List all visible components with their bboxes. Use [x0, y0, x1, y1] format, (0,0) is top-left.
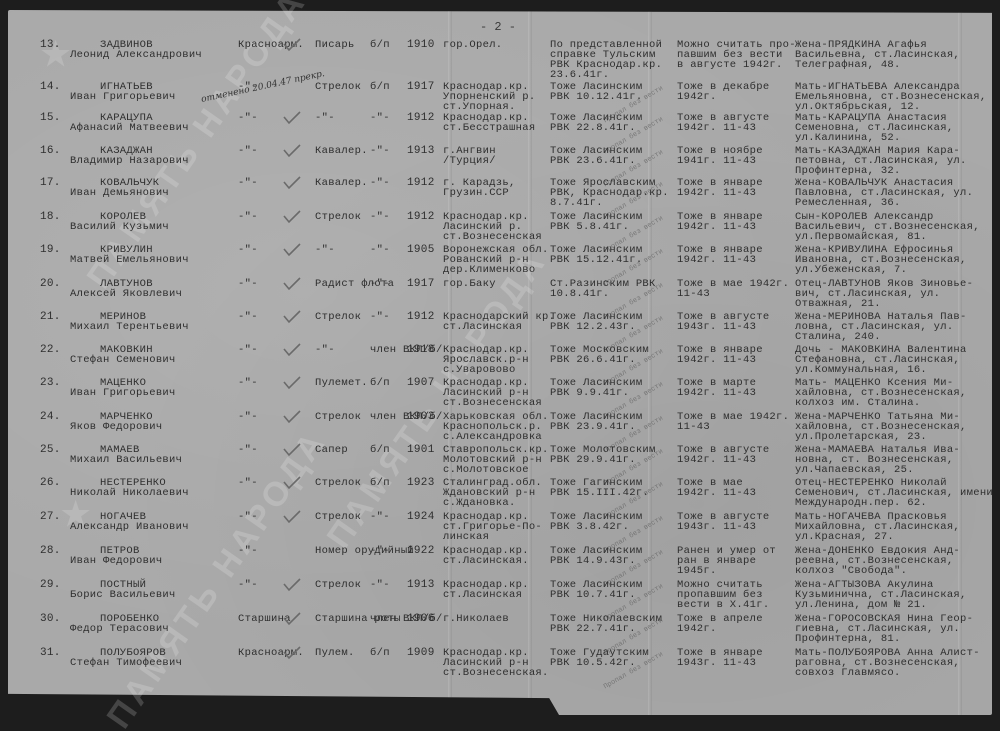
kin-line: колхоз "Свобода". [795, 566, 960, 576]
next-of-kin: Жена-АГТЫЗОВА АкулинаКузьминична, ст.Лас… [795, 580, 967, 610]
kin-line: Сталина, 240. [795, 332, 967, 342]
service-type: -"- [238, 245, 258, 255]
party-membership: -"- [370, 146, 390, 156]
born-line: линская [443, 532, 542, 542]
kin-line: совхоз Главмясо. [795, 668, 980, 678]
rvk-line: 8.7.41г. [550, 198, 669, 208]
kin-line: колхоз им. Сталина. [795, 398, 967, 408]
page-number: - 2 - [480, 20, 516, 34]
first-patronymic: Яков Федорович [70, 422, 162, 432]
birth-year: 1917 [407, 82, 435, 92]
kin-line: Ремесленная, 36. [795, 198, 973, 208]
born-line: гор.Баку [443, 279, 496, 289]
draft-office: Тоже ЛасинскимРВК 14.9.43г. [550, 546, 642, 566]
party-membership: -"- [370, 113, 390, 123]
fate-line: 1943г. 11-43 [677, 658, 763, 668]
fate-status: Можно считатьпропавшим безвести в X.41г. [677, 580, 769, 610]
checkmark-icon [283, 612, 301, 626]
birth-year: 1906 [407, 614, 435, 624]
kin-line: ул.Красная, 27. [795, 532, 960, 542]
first-patronymic: Стефан Тимофеевич [70, 658, 182, 668]
kin-line: Международн.пер. 62. [795, 498, 993, 508]
birth-year: 1907 [407, 378, 435, 388]
fate-status: Можно считать про-павшим без вестив авгу… [677, 40, 796, 70]
party-membership: б/п [370, 445, 390, 455]
party-membership: -"- [370, 512, 390, 522]
party-membership: -"- [370, 212, 390, 222]
birthplace: г. Карадзь,Грузин.ССР [443, 178, 516, 198]
fate-status: Тоже в декабре1942г. [677, 82, 769, 102]
draft-office: Тоже ЛасинскимРВК 9.9.41г. [550, 378, 642, 398]
fate-status: Тоже в ноябре1941г. 11-43 [677, 146, 763, 166]
born-line: гор.Орел. [443, 40, 502, 50]
row-number: 25. [40, 445, 61, 455]
first-patronymic: Александр Иванович [70, 522, 189, 532]
row-number: 29. [40, 580, 61, 590]
fate-line: 1943г. 11-43 [677, 522, 769, 532]
fate-line: 1945г. [677, 566, 776, 576]
service-type: -"- [238, 113, 258, 123]
rank: -"- [315, 113, 335, 123]
birth-year: 1909 [407, 648, 435, 658]
fate-line: 1942г. [677, 92, 769, 102]
next-of-kin: Жена-КРИВУЛИНА ЕфросиньяИвановна, ст.Воз… [795, 245, 967, 275]
rvk-line: РВК 23.6.41г. [550, 156, 642, 166]
row-number: 24. [40, 412, 61, 422]
checkmark-icon [283, 410, 301, 424]
row-number: 30. [40, 614, 61, 624]
checkmark-icon [283, 111, 301, 125]
row-number: 17. [40, 178, 61, 188]
fate-line: вести в X.41г. [677, 600, 769, 610]
kin-line: ул.Первомайская, 81. [795, 232, 980, 242]
party-membership: -"- [370, 279, 390, 289]
service-type: -"- [238, 445, 258, 455]
birth-year: 1905 [407, 245, 435, 255]
born-line: Грузин.ССР [443, 188, 516, 198]
birthplace: Краснодар.кр.ст.Ласинская. [443, 546, 529, 566]
first-patronymic: Матвей Емельянович [70, 255, 189, 265]
service-type: -"- [238, 312, 258, 322]
next-of-kin: Мать-ИГНАТЬЕВА АлександраЕмельяновна, ст… [795, 82, 986, 112]
birthplace: гор.Баку [443, 279, 496, 289]
draft-office: Тоже ЛасинскимРВК 10.7.41г. [550, 580, 642, 600]
born-line: ст.Вознесенская [443, 232, 542, 242]
kin-line: Профинтерна, 32. [795, 166, 967, 176]
first-patronymic: Афанасий Матвеевич [70, 123, 189, 133]
next-of-kin: Жена-МАРЧЕНКО Татьяна Ми-хайловна, ст.Во… [795, 412, 967, 442]
rank: Кавалер. [315, 178, 368, 188]
rvk-line: РВК 10.12.41г. [550, 92, 642, 102]
draft-office: Тоже ЛасинскимРВК 3.8.42г. [550, 512, 642, 532]
kin-line: ул.Октябрьская, 12. [795, 102, 986, 112]
birthplace: Краснодар.кр.Ласинский р.ст.Вознесенская [443, 212, 542, 242]
birth-year: 1918 [407, 345, 435, 355]
rvk-line: 23.6.41г. [550, 70, 662, 80]
row-number: 18. [40, 212, 61, 222]
checkmark-icon [283, 510, 301, 524]
service-type: -"- [238, 580, 258, 590]
next-of-kin: Отец-НЕСТЕРЕНКО НиколайСеменович, ст.Лас… [795, 478, 993, 508]
kin-line: ул.Убеженская, 7. [795, 265, 967, 275]
next-of-kin: Мать-КАРАЦУПА АнастасияСеменовна, ст.Лас… [795, 113, 953, 143]
birth-year: 1923 [407, 478, 435, 488]
checkmark-icon [283, 578, 301, 592]
birthplace: Ставропольск.кр.Молотовский р-нс.Молотов… [443, 445, 549, 475]
fate-status: Тоже в январе1942г. 11-43 [677, 245, 763, 265]
fate-status: Тоже в апреле1942г. [677, 614, 763, 634]
row-number: 26. [40, 478, 61, 488]
birthplace: Краснодар.кр.Упорненский р.ст.Упорная. [443, 82, 535, 112]
birthplace: гор.Орел. [443, 40, 502, 50]
fate-line: 1942г. 11-43 [677, 388, 756, 398]
rvk-line: РВК 3.8.42г. [550, 522, 642, 532]
party-membership: -"- [370, 245, 390, 255]
fate-line: 1942г. 11-43 [677, 455, 769, 465]
row-number: 20. [40, 279, 61, 289]
fate-line: 1942г. 11-43 [677, 222, 763, 232]
fate-line: 1941г. 11-43 [677, 156, 763, 166]
party-membership: б/п [370, 378, 390, 388]
row-number: 28. [40, 546, 61, 556]
birth-year: 1913 [407, 580, 435, 590]
party-membership: -"- [370, 178, 390, 188]
rank: Сапер [315, 445, 348, 455]
kin-line: Профинтерна, 81. [795, 634, 973, 644]
rank: Номер орудийный [315, 546, 414, 556]
fate-line: 1943г. 11-43 [677, 322, 769, 332]
checkmark-icon [283, 38, 301, 52]
fate-line: 1942г. 11-43 [677, 488, 756, 498]
fate-status: Тоже в августе1942г. 11-43 [677, 113, 769, 133]
fate-line: 1942г. 11-43 [677, 255, 763, 265]
birthplace: Харьковская обл.Краснопольск.р.с.Алексан… [443, 412, 549, 442]
rvk-line: РВК 14.9.43г. [550, 556, 642, 566]
birth-year: 1912 [407, 113, 435, 123]
party-membership: -"- [370, 546, 390, 556]
kin-line: ул.Чапаевская, 25. [795, 465, 960, 475]
born-line: с.Александровка [443, 432, 549, 442]
kin-line: Телеграфная, 48. [795, 60, 960, 70]
born-line: ст.Ласинская [443, 590, 529, 600]
rank: Стрелок [315, 312, 361, 322]
draft-office: Тоже ЛасинскимРВК 15.12.41г. [550, 245, 642, 265]
row-number: 19. [40, 245, 61, 255]
first-patronymic: Иван Григорьевич [70, 92, 176, 102]
fate-status: Ранен и умер отран в январе1945г. [677, 546, 776, 576]
next-of-kin: Мать- МАЦЕНКО Ксения Ми-хайловна, ст.Воз… [795, 378, 967, 408]
draft-office: Тоже ЛасинскимРВК 22.8.41г. [550, 113, 642, 133]
row-number: 15. [40, 113, 61, 123]
first-patronymic: Иван Федорович [70, 556, 162, 566]
fate-status: Тоже в августе1942г. 11-43 [677, 445, 769, 465]
row-number: 22. [40, 345, 61, 355]
rvk-line: РВК 5.8.41г. [550, 222, 642, 232]
draft-office: Тоже ЛасинскимРВК 23.9.41г. [550, 412, 642, 432]
born-line: ст.Ласинская. [443, 556, 529, 566]
service-type: -"- [238, 378, 258, 388]
fate-status: Тоже в августе1943г. 11-43 [677, 312, 769, 332]
draft-office: Тоже ЛасинскимРВК 5.8.41г. [550, 212, 642, 232]
fate-line: 11-43 [677, 289, 789, 299]
service-type: -"- [238, 478, 258, 488]
birth-year: 1903 [407, 412, 435, 422]
next-of-kin: Жена-ГОРОСОВСКАЯ Нина Геор-гиевна, ст.Ла… [795, 614, 973, 644]
fate-status: Тоже в августе1943г. 11-43 [677, 512, 769, 532]
birth-year: 1901 [407, 445, 435, 455]
party-membership: б/п [370, 648, 390, 658]
service-type: -"- [238, 212, 258, 222]
first-patronymic: Михаил Терентьевич [70, 322, 189, 332]
fate-status: Тоже в марте1942г. 11-43 [677, 378, 756, 398]
first-patronymic: Леонид Александрович [70, 50, 202, 60]
birthplace: г.Ангвин/Турция/ [443, 146, 496, 166]
first-patronymic: Владимир Назарович [70, 156, 189, 166]
service-type: -"- [238, 512, 258, 522]
rank: -"- [315, 345, 335, 355]
next-of-kin: Жена-МАМАЕВА Наталья Ива-новна, ст. Возн… [795, 445, 960, 475]
next-of-kin: Мать-НОГАЧЕВА ПрасковьяМихайловна, ст.Ла… [795, 512, 960, 542]
fate-line: 1942г. 11-43 [677, 355, 763, 365]
rvk-line: РВК 23.9.41г. [550, 422, 642, 432]
birth-year: 1912 [407, 312, 435, 322]
row-number: 31. [40, 648, 61, 658]
watermark-star-icon: ★ [40, 20, 71, 83]
checkmark-icon [283, 243, 301, 257]
next-of-kin: Отец-ЛАВТУНОВ Яков Зиновье-вич, ст.Ласин… [795, 279, 973, 309]
next-of-kin: Дочь - МАКОВКИНА ВалентинаСтефановна, ст… [795, 345, 967, 375]
born-line: ст.Упорная. [443, 102, 535, 112]
birthplace: Краснодар.кр.ст.Бесстрашная [443, 113, 535, 133]
birthplace: Краснодар.кр.Ярославск.р-нс.Уваровово [443, 345, 529, 375]
checkmark-icon [283, 376, 301, 390]
service-type: -"- [238, 345, 258, 355]
party-membership: -"- [370, 312, 390, 322]
party-membership: б/п [370, 82, 390, 92]
row-number: 13. [40, 40, 61, 50]
checkmark-icon [283, 476, 301, 490]
rank: Пулем. [315, 648, 355, 658]
rank: Стрелок [315, 580, 361, 590]
service-type: -"- [238, 178, 258, 188]
rank: Пулемет. [315, 378, 368, 388]
birth-year: 1912 [407, 212, 435, 222]
service-type: -"- [238, 412, 258, 422]
first-patronymic: Михаил Васильевич [70, 455, 182, 465]
birthplace: г.Николаев [443, 614, 509, 624]
fate-status: Тоже в январе1942г. 11-43 [677, 345, 763, 365]
draft-office: Тоже ЛасинскимРВК 12.2.43г. [550, 312, 642, 332]
rvk-line: РВК 12.2.43г. [550, 322, 642, 332]
birth-year: 1922 [407, 546, 435, 556]
birthplace: Краснодар.кр.Ласинский р-нст.Вознесенска… [443, 378, 542, 408]
birth-year: 1924 [407, 512, 435, 522]
checkmark-icon [283, 646, 301, 660]
fate-status: Тоже в мае1942г. 11-43 [677, 478, 756, 498]
birthplace: Краснодар.кр.ст.Григорье-По-линская [443, 512, 542, 542]
born-line: с.Молотовское [443, 465, 549, 475]
checkmark-icon [283, 210, 301, 224]
kin-line: ул.Коммунальная, 16. [795, 365, 967, 375]
fate-status: Тоже в январе1943г. 11-43 [677, 648, 763, 668]
rank: Стрелок [315, 478, 361, 488]
fate-status: Тоже в январе1942г. 11-43 [677, 212, 763, 232]
service-type: -"- [238, 546, 258, 556]
first-patronymic: Алексей Яковлевич [70, 289, 182, 299]
rank: Стрелок [315, 212, 361, 222]
rank: Стрелок [315, 412, 361, 422]
first-patronymic: Федор Терасович [70, 624, 169, 634]
checkmark-icon [283, 176, 301, 190]
birth-year: 1912 [407, 178, 435, 188]
birth-year: 1913 [407, 146, 435, 156]
kin-line: Отважная, 21. [795, 299, 973, 309]
birthplace: Краснодар.кр.ст.Ласинская [443, 580, 529, 600]
fate-line: 1942г. 11-43 [677, 188, 763, 198]
rank: Кавалер. [315, 146, 368, 156]
checkmark-icon [283, 310, 301, 324]
draft-office: По представленнойсправке ТульскимРВК Кра… [550, 40, 662, 80]
next-of-kin: Жена-ДОНЕНКО Евдокия Анд-реевна, ст.Возн… [795, 546, 960, 576]
rvk-line: РВК 15.12.41г. [550, 255, 642, 265]
fate-line: в августе 1942г. [677, 60, 796, 70]
birthplace: Воронежская обл.Рованский р-ндер.Клименк… [443, 245, 549, 275]
birthplace: Сталинград.обл.Ждановский р-нс.Ждановка. [443, 478, 542, 508]
row-number: 21. [40, 312, 61, 322]
first-patronymic: Стефан Семенович [70, 355, 176, 365]
next-of-kin: Жена-МЕРИНОВА Наталья Пав-ловна, ст.Ласи… [795, 312, 967, 342]
born-line: с.Ждановка. [443, 498, 542, 508]
born-line: ст.Ласинская [443, 322, 555, 332]
next-of-kin: Жена-КОВАЛЬЧУК АнастасияПавловна, ст.Лас… [795, 178, 973, 208]
rank: Писарь [315, 40, 355, 50]
born-line: ст.Вознесенская [443, 398, 542, 408]
fate-line: 1942г. 11-43 [677, 123, 769, 133]
party-membership: -"- [370, 580, 390, 590]
first-patronymic: Василий Кузьмич [70, 222, 169, 232]
checkmark-icon [283, 443, 301, 457]
checkmark-icon [283, 277, 301, 291]
birthplace: Краснодарский кр.ст.Ласинская [443, 312, 555, 332]
first-patronymic: Николай Николаевич [70, 488, 189, 498]
born-line: дер.Клименково [443, 265, 549, 275]
first-patronymic: Борис Васильевич [70, 590, 176, 600]
party-membership: б/п [370, 40, 390, 50]
checkmark-icon [283, 144, 301, 158]
next-of-kin: Жена-ПРЯДКИНА АгафьяВасильевна, ст.Ласин… [795, 40, 960, 70]
draft-office: Тоже ЛасинскимРВК 23.6.41г. [550, 146, 642, 166]
draft-office: Тоже ЛасинскимРВК 10.12.41г. [550, 82, 642, 102]
born-line: ст.Бесстрашная [443, 123, 535, 133]
rank: -"- [315, 245, 335, 255]
rank: Стрелок [315, 512, 361, 522]
rvk-line: РВК 9.9.41г. [550, 388, 642, 398]
born-line: с.Уваровово [443, 365, 529, 375]
first-patronymic: Иван Демьянович [70, 188, 169, 198]
next-of-kin: Сын-КОРОЛЕВ АлександрВасильевич, ст.Возн… [795, 212, 980, 242]
row-number: 23. [40, 378, 61, 388]
row-number: 14. [40, 82, 61, 92]
born-line: г.Николаев [443, 614, 509, 624]
fate-status: Тоже в мае 1942г.11-43 [677, 412, 789, 432]
fate-line: 1942г. [677, 624, 763, 634]
party-membership: б/п [370, 478, 390, 488]
kin-line: ул.Ленина, дом № 21. [795, 600, 967, 610]
checkmark-icon [283, 343, 301, 357]
service-type: -"- [238, 146, 258, 156]
born-line: /Турция/ [443, 156, 496, 166]
rank: Стрелок [315, 82, 361, 92]
kin-line: ул.Пролетарская, 23. [795, 432, 967, 442]
fate-status: Тоже в январе1942г. 11-43 [677, 178, 763, 198]
rvk-line: РВК 10.7.41г. [550, 590, 642, 600]
first-patronymic: Иван Григорьевич [70, 388, 176, 398]
row-number: 16. [40, 146, 61, 156]
fate-line: 11-43 [677, 422, 789, 432]
kin-line: ул.Калинина, 52. [795, 133, 953, 143]
next-of-kin: Мать-КАЗАДЖАН Мария Кара-петовна, ст.Лас… [795, 146, 967, 176]
next-of-kin: Мать-ПОЛУБОЯРОВА Анна Алист-раговна, ст.… [795, 648, 980, 678]
born-line: ст.Вознесенская. [443, 668, 549, 678]
row-number: 27. [40, 512, 61, 522]
birth-year: 1910 [407, 40, 435, 50]
rvk-line: РВК 22.8.41г. [550, 123, 642, 133]
fate-status: Тоже в мае 1942г.11-43 [677, 279, 789, 299]
birthplace: Краснодар.кр.Ласинский р-нст.Вознесенска… [443, 648, 549, 678]
service-type: -"- [238, 279, 258, 289]
birth-year: 1917 [407, 279, 435, 289]
